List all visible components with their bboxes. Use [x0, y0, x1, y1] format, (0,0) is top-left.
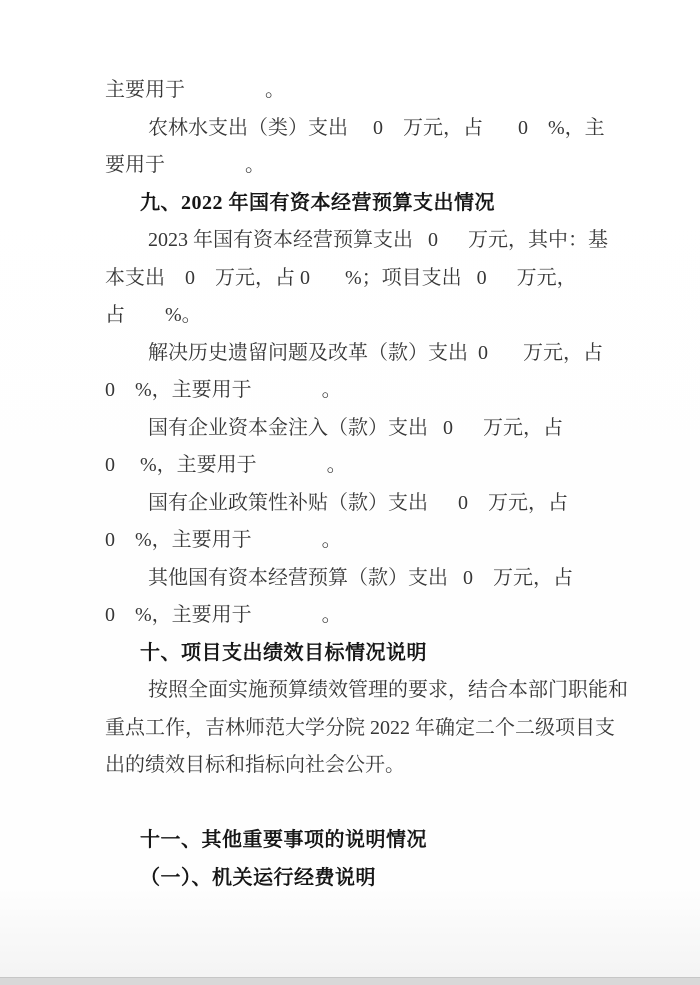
document-body: 主要用于 。农林水支出（类）支出 0 万元，占 0 %，主要用于 。九、2022… [0, 0, 700, 897]
document-page: 主要用于 。农林水支出（类）支出 0 万元，占 0 %，主要用于 。九、2022… [0, 0, 700, 985]
document-line: 主要用于 。 [105, 72, 608, 110]
document-line: 按照全面实施预算绩效管理的要求，结合本部门职能和 [105, 672, 608, 710]
document-line: 重点工作，吉林师范大学分院 2022 年确定二个二级项目支 [105, 710, 608, 748]
document-line: 本支出 0 万元，占 0 %；项目支出 0 万元， [105, 260, 608, 298]
section-heading: （一）、机关运行经费说明 [105, 860, 608, 898]
document-line: 2023 年国有资本经营预算支出 0 万元，其中：基 [105, 222, 608, 260]
document-line: 0 %，主要用于 。 [105, 447, 608, 485]
document-line: 其他国有资本经营预算（款）支出 0 万元，占 [105, 560, 608, 598]
document-line: 0 %，主要用于 。 [105, 372, 608, 410]
document-line: 要用于 。 [105, 147, 608, 185]
document-line: 解决历史遗留问题及改革（款）支出 0 万元，占 [105, 335, 608, 373]
section-heading: 九、2022 年国有资本经营预算支出情况 [105, 185, 608, 223]
document-line: 0 %，主要用于 。 [105, 597, 608, 635]
document-line: 占 %。 [105, 297, 608, 335]
document-line: 国有企业政策性补贴（款）支出 0 万元，占 [105, 485, 608, 523]
page-bottom-edge [0, 977, 700, 985]
section-heading: 十一、其他重要事项的说明情况 [105, 822, 608, 860]
document-line: 农林水支出（类）支出 0 万元，占 0 %，主 [105, 110, 608, 148]
document-line: 0 %，主要用于 。 [105, 522, 608, 560]
document-line: 出的绩效目标和指标向社会公开。 [105, 747, 608, 785]
section-heading: 十、项目支出绩效目标情况说明 [105, 635, 608, 673]
document-line: 国有企业资本金注入（款）支出 0 万元，占 [105, 410, 608, 448]
blank-line [105, 785, 608, 823]
